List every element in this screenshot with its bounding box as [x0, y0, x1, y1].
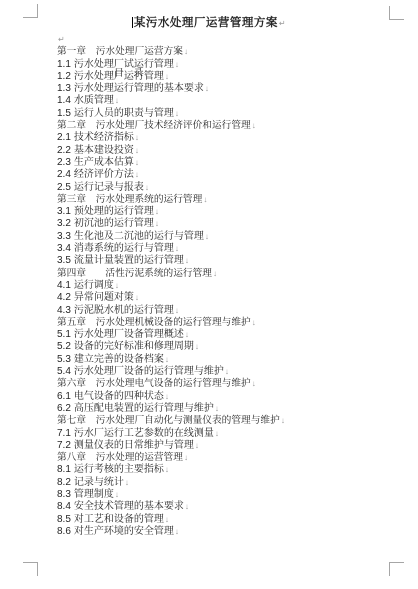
empty-paragraph[interactable]: ↵: [57, 34, 397, 46]
toc-item-number: 3.3: [57, 231, 71, 242]
toc-chapter-line[interactable]: 第五章 污水处理机械设备的运行管理与维护↓: [57, 317, 397, 329]
line-break-mark: ↓: [185, 502, 189, 511]
toc-item-line[interactable]: 7.2测量仪表的日常维护与管理↓: [57, 440, 397, 452]
toc-item-number: 7.1: [57, 428, 71, 439]
margin-crop-mark-bottom-left: [23, 562, 38, 576]
toc-line-text: 污泥脱水机的运行管理: [74, 305, 174, 316]
toc-line-text: 经济评价方法: [74, 169, 134, 180]
line-break-mark: ↓: [144, 69, 148, 78]
toc-item-number: 6.1: [57, 391, 71, 402]
toc-item-number: 5.4: [57, 366, 71, 377]
toc-line-text: 污水处理厂设备管理概述: [74, 329, 184, 340]
toc-item-number: 2.3: [57, 157, 71, 168]
toc-item-line[interactable]: 4.1运行调度↓: [57, 280, 397, 292]
toc-item-line[interactable]: 8.6对生产环境的安全管理↓: [57, 526, 397, 538]
line-break-mark: ↓: [155, 219, 159, 228]
toc-chapter-line[interactable]: 第六章 污水处理电气设备的运行管理与维护↓: [57, 378, 397, 390]
line-break-mark: ↓: [135, 146, 139, 155]
toc-item-line[interactable]: 4.2异常问题对策↓: [57, 292, 397, 304]
toc-item-number: 1.3: [57, 83, 71, 94]
toc-line-text: 污水处理运行管理的基本要求: [74, 83, 204, 94]
line-break-mark: ↓: [115, 490, 119, 499]
line-break-mark: ↓: [225, 367, 229, 376]
text-cursor: [132, 17, 133, 28]
toc-item-number: 1.1: [57, 59, 71, 70]
line-break-mark: ↓: [281, 416, 285, 425]
toc-chapter-line[interactable]: 第三章 污水处理系统的运行管理↓: [57, 194, 397, 206]
toc-item-number: 8.1: [57, 464, 71, 475]
toc-item-line[interactable]: 8.3管理制度↓: [57, 489, 397, 501]
toc-line-text: 电气设备的四种状态: [74, 391, 164, 402]
line-break-mark: ↓: [135, 293, 139, 302]
margin-crop-mark-bottom-right: [389, 562, 404, 576]
toc-item-line[interactable]: 5.1污水处理厂设备管理概述↓: [57, 329, 397, 341]
toc-line-text: 建立完善的设备档案: [74, 354, 164, 365]
toc-line-text: 高压配电装置的运行管理与维护: [74, 403, 214, 414]
line-break-mark: ↓: [135, 158, 139, 167]
toc-item-line[interactable]: 2.4经济评价方法↓: [57, 169, 397, 181]
line-break-mark: ↓: [184, 453, 188, 462]
toc-item-line[interactable]: 7.1污水厂运行工艺参数的在线测量↓: [57, 428, 397, 440]
toc-heading[interactable]: 目 录↓: [114, 68, 418, 80]
toc-item-number: 7.2: [57, 440, 71, 451]
toc-line-text: 异常问题对策: [74, 292, 134, 303]
toc-item-line[interactable]: 2.5运行记录与报表↓: [57, 182, 397, 194]
toc-line-text: 对生产环境的安全管理: [74, 526, 174, 537]
toc-item-number: 8.5: [57, 514, 71, 525]
toc-item-number: 3.2: [57, 218, 71, 229]
toc-line-text: 第二章 污水处理厂技术经济评价和运行管理: [57, 120, 251, 131]
toc-item-line[interactable]: 3.1预处理的运行管理↓: [57, 206, 397, 218]
toc-item-line[interactable]: 3.2初沉池的运行管理↓: [57, 218, 397, 230]
toc-line-text: 测量仪表的日常维护与管理: [74, 440, 194, 451]
toc-item-number: 8.4: [57, 501, 71, 512]
line-break-mark: ↓: [115, 281, 119, 290]
word-document-page[interactable]: 某污水处理厂运营管理方案↵ ↵目 录↓第一章 污水处理厂运营方案↓1.1污水处理…: [0, 0, 418, 589]
line-break-mark: ↓: [205, 232, 209, 241]
toc-item-line[interactable]: 3.5流量计量装置的运行管理↓: [57, 255, 397, 267]
toc-line-text: 第四章 活性污泥系统的运行管理: [57, 268, 212, 279]
line-break-mark: ↓: [195, 441, 199, 450]
toc-line-text: 目 录: [114, 68, 143, 79]
line-break-mark: ↓: [125, 478, 129, 487]
toc-line-text: 消毒系统的运行与管理: [74, 243, 174, 254]
line-break-mark: ↓: [175, 244, 179, 253]
toc-item-number: 6.2: [57, 403, 71, 414]
toc-line-text: 生产成本估算: [74, 157, 134, 168]
toc-item-number: 2.4: [57, 169, 71, 180]
toc-chapter-line[interactable]: 第一章 污水处理厂运营方案↓: [57, 46, 397, 58]
toc-line-text: 生化池及二沉池的运行与管理: [74, 231, 204, 242]
line-break-mark: ↓: [184, 47, 188, 56]
line-break-mark: ↓: [135, 133, 139, 142]
toc-item-line[interactable]: 3.4消毒系统的运行与管理↓: [57, 243, 397, 255]
toc-item-line[interactable]: 2.2基本建设投资↓: [57, 145, 397, 157]
toc-item-line[interactable]: 1.3污水处理运行管理的基本要求↓: [57, 83, 397, 95]
toc-item-number: 8.2: [57, 477, 71, 488]
toc-line-text: 水质管理: [74, 95, 114, 106]
toc-item-line[interactable]: 6.2高压配电装置的运行管理与维护↓: [57, 403, 397, 415]
paragraph-mark: ↵: [58, 35, 65, 44]
toc-item-number: 1.2: [57, 71, 71, 82]
toc-item-line[interactable]: 6.1电气设备的四种状态↓: [57, 391, 397, 403]
toc-item-number: 8.6: [57, 526, 71, 537]
toc-item-line[interactable]: 4.3污泥脱水机的运行管理↓: [57, 305, 397, 317]
line-break-mark: ↓: [175, 527, 179, 536]
toc-item-line[interactable]: 8.2记录与统计↓: [57, 477, 397, 489]
line-break-mark: ↓: [165, 515, 169, 524]
toc-item-line[interactable]: 1.4水质管理↓: [57, 95, 397, 107]
toc-line-text: 安全技术管理的基本要求: [74, 501, 184, 512]
toc-item-line[interactable]: 2.3生产成本估算↓: [57, 157, 397, 169]
toc-line-text: 运行考核的主要指标: [74, 464, 164, 475]
toc-line-text: 第六章 污水处理电气设备的运行管理与维护: [57, 378, 251, 389]
line-break-mark: ↓: [115, 96, 119, 105]
line-break-mark: ↓: [165, 465, 169, 474]
toc-item-number: 3.1: [57, 206, 71, 217]
toc-line-text: 基本建设投资: [74, 145, 134, 156]
toc-line-text: 运行人员的职责与管理: [74, 108, 174, 119]
line-break-mark: ↓: [215, 404, 219, 413]
line-break-mark: ↓: [252, 121, 256, 130]
document-title-row[interactable]: 某污水处理厂运营管理方案↵: [0, 14, 418, 30]
toc-item-line[interactable]: 3.3生化池及二沉池的运行与管理↓: [57, 231, 397, 243]
toc-line-text: 设备的完好标准和修理周期: [74, 341, 194, 352]
toc-line-text: 第八章 污水处理的运营管理: [57, 452, 183, 463]
line-break-mark: ↓: [185, 330, 189, 339]
document-title: 某污水处理厂运营管理方案: [134, 17, 278, 29]
toc-item-line[interactable]: 5.3建立完善的设备档案↓: [57, 354, 397, 366]
toc-item-number: 4.1: [57, 280, 71, 291]
toc-line-text: 第五章 污水处理机械设备的运行管理与维护: [57, 317, 251, 328]
toc-item-line[interactable]: 8.5对工艺和设备的管理↓: [57, 514, 397, 526]
paragraph-mark: ↵: [279, 19, 286, 28]
toc-item-number: 5.2: [57, 341, 71, 352]
toc-line-text: 第一章 污水处理厂运营方案: [57, 46, 183, 57]
toc-item-line[interactable]: 8.1运行考核的主要指标↓: [57, 464, 397, 476]
toc-chapter-line[interactable]: 第七章 污水处理厂自动化与测量仪表的管理与维护↓: [57, 415, 397, 427]
toc-chapter-line[interactable]: 第八章 污水处理的运营管理↓: [57, 452, 397, 464]
line-break-mark: ↓: [155, 207, 159, 216]
line-break-mark: ↓: [135, 170, 139, 179]
line-break-mark: ↓: [175, 306, 179, 315]
line-break-mark: ↓: [175, 109, 179, 118]
toc-item-number: 8.3: [57, 489, 71, 500]
toc-line-text: 技术经济指标: [74, 132, 134, 143]
toc-item-line[interactable]: 8.4安全技术管理的基本要求↓: [57, 501, 397, 513]
toc-item-number: 1.5: [57, 108, 71, 119]
line-break-mark: ↓: [213, 269, 217, 278]
toc-line-text: 运行调度: [74, 280, 114, 291]
toc-item-number: 2.5: [57, 182, 71, 193]
line-break-mark: ↓: [252, 318, 256, 327]
toc-line-text: 管理制度: [74, 489, 114, 500]
line-break-mark: ↓: [145, 183, 149, 192]
line-break-mark: ↓: [203, 195, 207, 204]
line-break-mark: ↓: [215, 429, 219, 438]
toc-item-number: 2.1: [57, 132, 71, 143]
toc-line-text: 第三章 污水处理系统的运行管理: [57, 194, 202, 205]
table-of-contents: ↵目 录↓第一章 污水处理厂运营方案↓1.1污水处理厂试运行管理↓1.2污水处理…: [57, 34, 397, 538]
toc-item-line[interactable]: 1.5运行人员的职责与管理↓: [57, 108, 397, 120]
toc-item-number: 3.5: [57, 255, 71, 266]
line-break-mark: ↓: [165, 355, 169, 364]
line-break-mark: ↓: [205, 84, 209, 93]
toc-item-number: 5.3: [57, 354, 71, 365]
toc-item-line[interactable]: 2.1技术经济指标↓: [57, 132, 397, 144]
line-break-mark: ↓: [252, 379, 256, 388]
toc-line-text: 运行记录与报表: [74, 182, 144, 193]
toc-item-line[interactable]: 5.4污水处理厂设备的运行管理与维护↓: [57, 366, 397, 378]
toc-item-number: 5.1: [57, 329, 71, 340]
toc-line-text: 预处理的运行管理: [74, 206, 154, 217]
toc-item-number: 4.2: [57, 292, 71, 303]
line-break-mark: ↓: [165, 392, 169, 401]
toc-item-number: 1.4: [57, 95, 71, 106]
toc-line-text: 初沉池的运行管理: [74, 218, 154, 229]
toc-line-text: 污水处理厂设备的运行管理与维护: [74, 366, 224, 377]
toc-item-number: 3.4: [57, 243, 71, 254]
toc-chapter-line[interactable]: 第二章 污水处理厂技术经济评价和运行管理↓: [57, 120, 397, 132]
toc-chapter-line[interactable]: 第四章 活性污泥系统的运行管理↓: [57, 268, 397, 280]
line-break-mark: ↓: [195, 342, 199, 351]
toc-line-text: 流量计量装置的运行管理: [74, 255, 184, 266]
line-break-mark: ↓: [185, 256, 189, 265]
toc-line-text: 记录与统计: [74, 477, 124, 488]
toc-line-text: 对工艺和设备的管理: [74, 514, 164, 525]
toc-line-text: 污水厂运行工艺参数的在线测量: [74, 428, 214, 439]
toc-line-text: 第七章 污水处理厂自动化与测量仪表的管理与维护: [57, 415, 280, 426]
toc-item-number: 2.2: [57, 145, 71, 156]
toc-item-number: 4.3: [57, 305, 71, 316]
toc-item-line[interactable]: 5.2设备的完好标准和修理周期↓: [57, 341, 397, 353]
